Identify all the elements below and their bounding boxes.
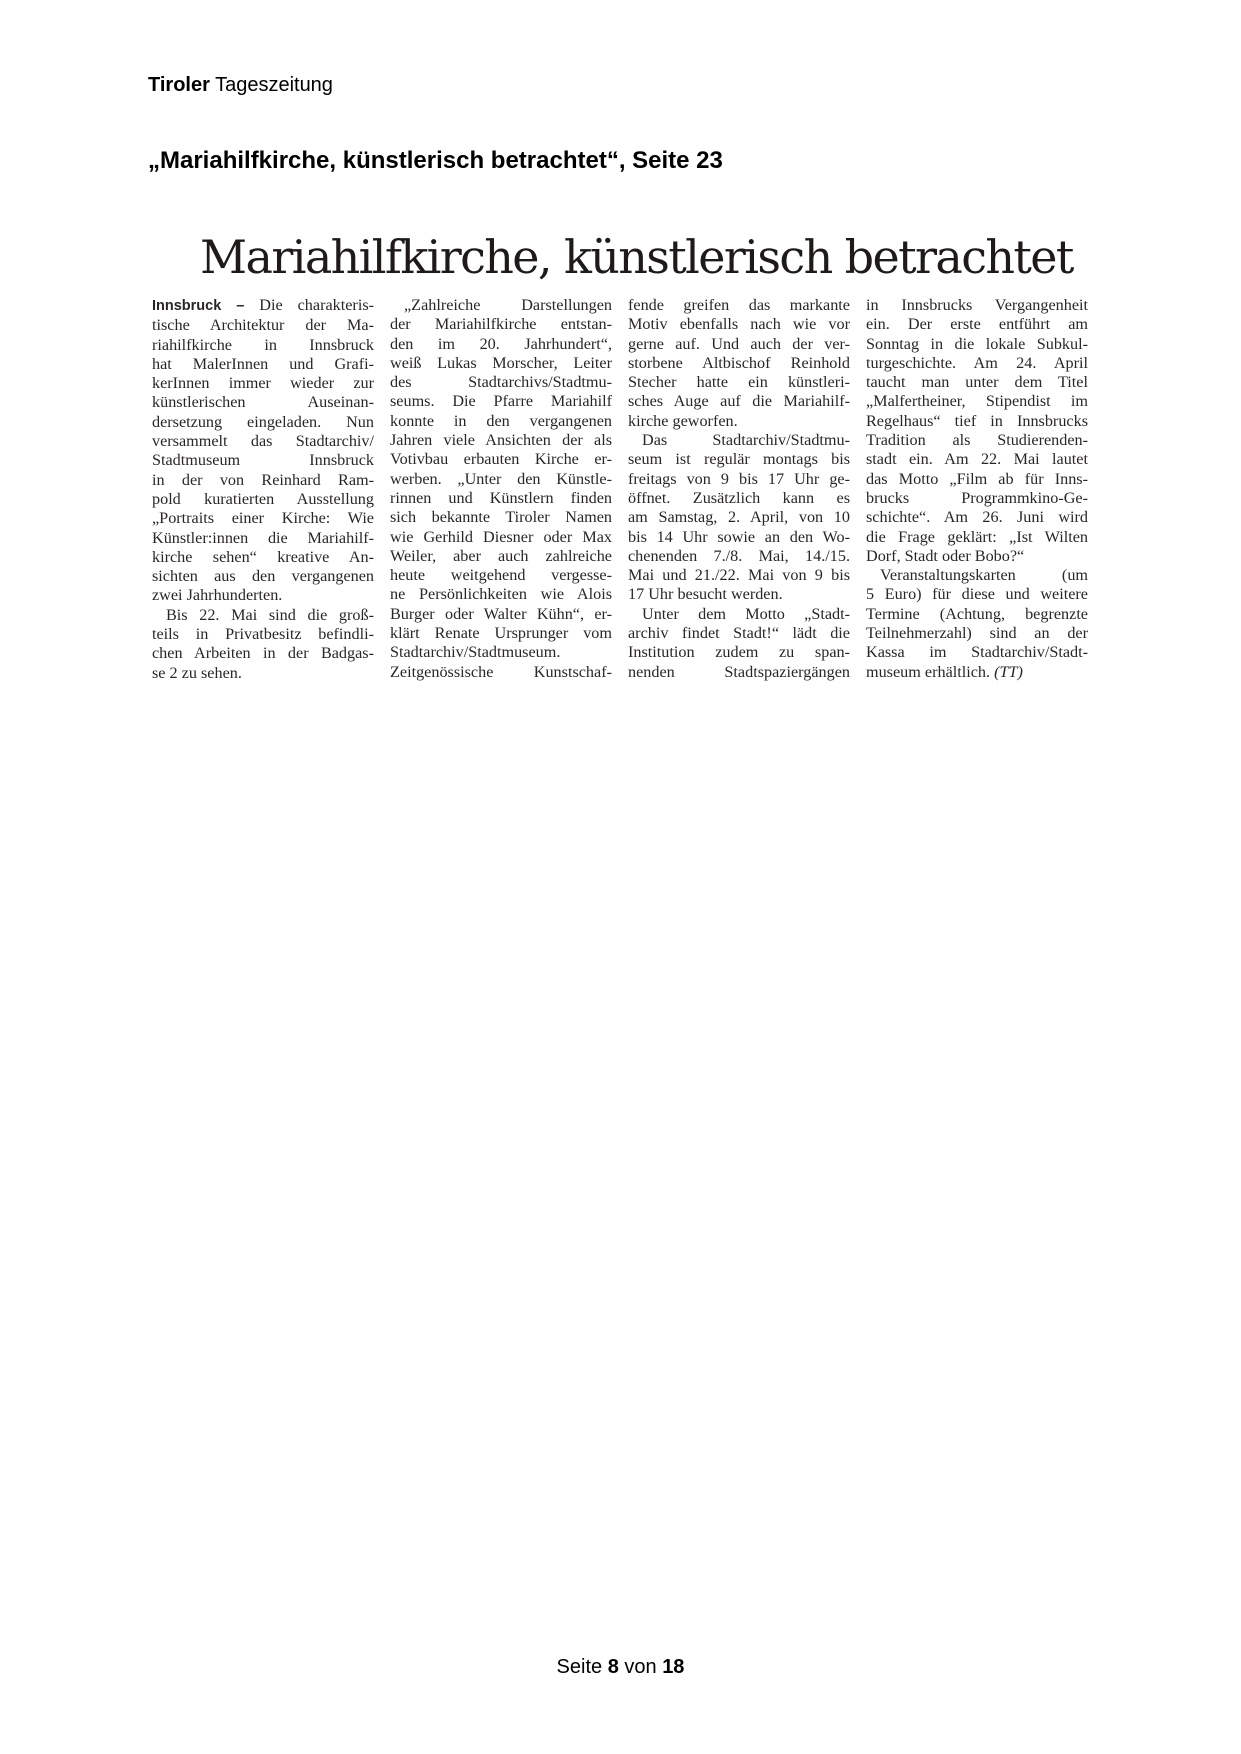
article-line: taucht man unter dem Titel [866,373,1088,392]
article-line: wie Gerhild Diesner oder Max [390,528,612,547]
article-line: versammelt das Stadtarchiv/ [152,432,374,451]
article-line: museum erhältlich. (TT) [866,663,1088,682]
article-line: Innsbruck – Die charakteris- [152,296,374,316]
article-line: ne Persönlichkeiten wie Alois [390,585,612,604]
article-line: „Malfertheiner, Stipendist im [866,392,1088,411]
article-line: riahilfkirche in Innsbruck [152,336,374,355]
article-line: hat MalerInnen und Grafi- [152,355,374,374]
article-line: seum ist regulär montags bis [628,450,850,469]
page-prefix: Seite [557,1656,608,1678]
document-title: „Mariahilfkirche, künstlerisch betrachte… [148,147,723,175]
article-line: Votivbau erbauten Kirche er- [390,450,612,469]
article-line: in Innsbrucks Vergangenheit [866,296,1088,315]
total-pages: 18 [662,1656,684,1678]
article-column-2: „Zahlreiche Darstellungender Mariahilfki… [390,296,612,683]
article-line: werben. „Unter den Künstle- [390,470,612,489]
article-line: Teilnehmerzahl) sind an der [866,624,1088,643]
article-column-1: Innsbruck – Die charakteris-tische Archi… [152,296,374,683]
publication-name-rest: Tageszeitung [210,74,333,96]
article-line: künstlerischen Auseinan- [152,393,374,412]
article-line: 5 Euro) für diese und weitere [866,585,1088,604]
article-columns: Innsbruck – Die charakteris-tische Archi… [152,296,1098,683]
article-line: seums. Die Pfarre Mariahilf [390,392,612,411]
article-line: Weiler, aber auch zahlreiche [390,547,612,566]
article-line: Mai und 21./22. Mai von 9 bis [628,566,850,585]
article-line: dersetzung eingeladen. Nun [152,413,374,432]
article-line: Tradition als Studierenden- [866,431,1088,450]
article-line: des Stadtarchivs/Stadtmu- [390,373,612,392]
article-line: gerne auf. Und auch der ver- [628,335,850,354]
article-line: klärt Renate Ursprunger vom [390,624,612,643]
article-line: kerInnen immer wieder zur [152,374,374,393]
publication-header: Tiroler Tageszeitung [148,74,333,97]
article-line: das Motto „Film ab für Inns- [866,470,1088,489]
article-line: pold kuratierten Ausstellung [152,490,374,509]
newspaper-clipping: Mariahilfkirche, künstlerisch betrachtet… [148,228,1098,688]
article-line: öffnet. Zusätzlich kann es [628,489,850,508]
article-line: storbene Altbischof Reinhold [628,354,850,373]
article-line: Stadtarchiv/Stadtmuseum. [390,643,612,662]
article-line: sches Auge auf die Mariahilf- [628,392,850,411]
article-line: der Mariahilfkirche entstan- [390,315,612,334]
article-line: weiß Lukas Morscher, Leiter [390,354,612,373]
article-line: Unter dem Motto „Stadt- [628,605,850,624]
page-number: Seite 8 von 18 [0,1656,1241,1679]
article-line: kirche sehen“ kreative An- [152,548,374,567]
article-line: Veranstaltungskarten (um [866,566,1088,585]
article-line: ein. Der erste entführt am [866,315,1088,334]
article-line: heute weitgehend vergesse- [390,566,612,585]
article-line: Burger oder Walter Kühn“, er- [390,605,612,624]
article-line: chen Arbeiten in der Badgas- [152,644,374,663]
author-tag: (TT) [994,663,1023,681]
article-line: fende greifen das markante [628,296,850,315]
article-line: freitags von 9 bis 17 Uhr ge- [628,470,850,489]
article-line: sichten aus den vergangenen [152,567,374,586]
article-line: 17 Uhr besucht werden. [628,585,850,604]
article-line: Stecher hatte ein künstleri- [628,373,850,392]
article-line: kirche geworfen. [628,412,850,431]
article-line: nenden Stadtspaziergängen [628,663,850,682]
article-line: in der von Reinhard Ram- [152,471,374,490]
article-line: schichte“. Am 26. Juni wird [866,508,1088,527]
publication-name-bold: Tiroler [148,74,210,96]
article-line: Künstler:innen die Mariahilf- [152,529,374,548]
article-line: rinnen und Künstlern finden [390,489,612,508]
page-middle: von [619,1656,662,1678]
dateline: Innsbruck – [152,298,244,314]
current-page: 8 [608,1656,619,1678]
article-line: se 2 zu sehen. [152,664,374,683]
article-column-3: fende greifen das markanteMotiv ebenfall… [628,296,850,683]
article-line: stadt ein. Am 22. Mai lautet [866,450,1088,469]
article-line: den im 20. Jahrhundert“, [390,335,612,354]
article-line: Kassa im Stadtarchiv/Stadt- [866,643,1088,662]
article-line: Dorf, Stadt oder Bobo?“ [866,547,1088,566]
article-line: die Frage geklärt: „Ist Wilten [866,528,1088,547]
article-line: teils in Privatbesitz befindli- [152,625,374,644]
article-line: Institution zudem zu span- [628,643,850,662]
article-column-4: in Innsbrucks Vergangenheitein. Der erst… [866,296,1088,683]
article-line: Termine (Achtung, begrenzte [866,605,1088,624]
article-line: bis 14 Uhr sowie an den Wo- [628,528,850,547]
article-line: Das Stadtarchiv/Stadtmu- [628,431,850,450]
article-line: Motiv ebenfalls nach wie vor [628,315,850,334]
article-line: Sonntag in die lokale Subkul- [866,335,1088,354]
article-line: chenenden 7./8. Mai, 14./15. [628,547,850,566]
article-line: Regelhaus“ tief in Innsbrucks [866,412,1088,431]
article-line: Zeitgenössische Kunstschaf- [390,663,612,682]
article-line: Bis 22. Mai sind die groß- [152,606,374,625]
article-line: turgeschichte. Am 24. April [866,354,1088,373]
article-line: zwei Jahrhunderten. [152,586,374,605]
article-line: konnte in den vergangenen [390,412,612,431]
article-line: Jahren viele Ansichten der als [390,431,612,450]
article-headline: Mariahilfkirche, künstlerisch betrachtet [200,228,1060,286]
article-line: sich bekannte Tiroler Namen [390,508,612,527]
article-line: „Zahlreiche Darstellungen [390,296,612,315]
article-line: archiv findet Stadt!“ lädt die [628,624,850,643]
article-line: am Samstag, 2. April, von 10 [628,508,850,527]
article-line: „Portraits einer Kirche: Wie [152,509,374,528]
article-line: brucks Programmkino-Ge- [866,489,1088,508]
article-line: Stadtmuseum Innsbruck [152,451,374,470]
article-line: tische Architektur der Ma- [152,316,374,335]
